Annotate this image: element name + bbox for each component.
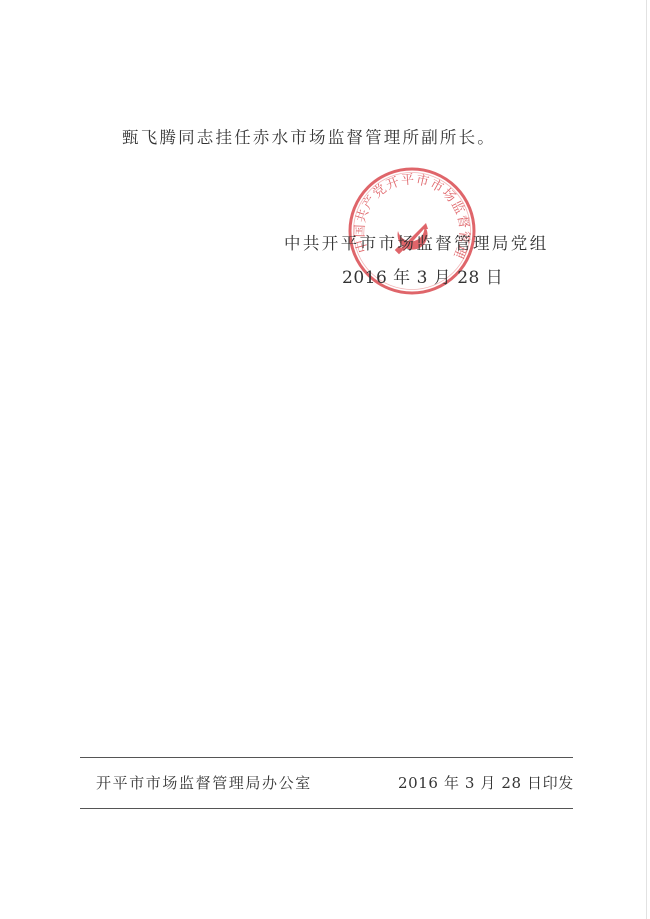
footer-issue-date: 2016 年 3 月 28 日印发 <box>398 772 574 793</box>
footer-rule-top <box>80 757 573 758</box>
signature-organization: 中共开平市市场监督管理局党组 <box>284 230 549 254</box>
footer-issuer: 开平市市场监督管理局办公室 <box>96 772 312 793</box>
appointment-text: 甄飞腾同志挂任赤水市场监督管理所副所长。 <box>122 124 496 148</box>
footer-rule-bottom <box>80 808 573 809</box>
page-edge <box>646 0 647 919</box>
signature-date: 2016 年 3 月 28 日 <box>342 263 503 288</box>
